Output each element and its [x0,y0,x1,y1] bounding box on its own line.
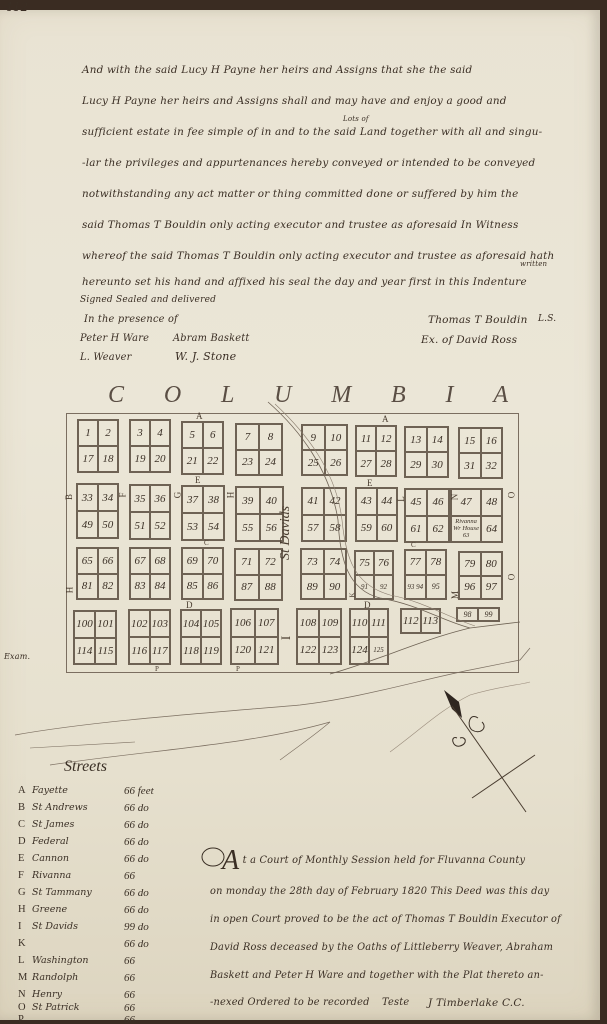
street-key: I [18,921,32,933]
street-name: Rivanna [32,870,124,882]
creek-line [268,402,470,628]
legend-row: K66 do [18,938,149,950]
street-width: 66 do [124,802,149,814]
street-name: Henry [32,989,124,1001]
street-name [32,938,124,950]
court-line: in open Court proved to be the act of Th… [210,914,561,925]
street-width: 66 [124,1014,135,1024]
street-width: 66 [124,1002,135,1014]
street-key: D [18,836,32,848]
court-line: on monday the 28th day of February 1820 … [210,886,549,897]
creek-line [275,404,475,626]
street-width: 66 do [124,853,149,865]
street-key: P [18,1014,32,1024]
street-width: 66 [124,955,135,967]
street-key: F [18,870,32,882]
legend-row: MRandolph66 [18,972,135,984]
clerk-signature: J Timberlake C.C. [428,997,525,1009]
legend-row: HGreene66 do [18,904,149,916]
teste-label: Teste [382,997,409,1008]
ornate-initial: A [222,845,239,876]
court-line: David Ross deceased by the Oaths of Litt… [210,942,553,953]
legend-row: NHenry66 [18,989,135,1001]
street-name: St James [32,819,124,831]
street-width: 66 do [124,904,149,916]
street-name: Fayette [32,785,124,797]
legend-row: CSt James66 do [18,819,149,831]
street-key: G [18,887,32,899]
street-key: C [18,819,32,831]
legend-row: GSt Tammany66 do [18,887,149,899]
court-line-text: t a Court of Monthly Session held for Fl… [243,855,526,866]
legend-row: BSt Andrews66 do [18,802,149,814]
street-name [32,1014,124,1024]
street-name: St Patrick [32,1002,124,1014]
street-width: 66 [124,870,135,882]
street-width: 66 [124,972,135,984]
court-line: Baskett and Peter H Ware and together wi… [210,970,544,981]
street-key: L [18,955,32,967]
street-name: St Andrews [32,802,124,814]
street-width: 66 do [124,887,149,899]
street-key: O [18,1002,32,1014]
river-bank [330,622,520,674]
compass-rose-icon [444,690,535,812]
court-line: A t a Court of Monthly Session held for … [222,845,525,877]
street-width: 66 feet [124,785,154,797]
street-width: 66 do [124,819,149,831]
ornamental-flourish [202,848,224,866]
street-name: St Davids [32,921,124,933]
legend-row: LWashington66 [18,955,135,967]
street-width: 66 do [124,836,149,848]
street-key: A [18,785,32,797]
legend-row: ECannon66 do [18,853,149,865]
street-width: 66 [124,989,135,1001]
court-line: -nexed Ordered to be recorded [210,997,370,1008]
legend-row: P66 [18,1014,135,1024]
street-name: Greene [32,904,124,916]
street-key: N [18,989,32,1001]
legend-row: FRivanna66 [18,870,135,882]
street-name: Washington [32,955,124,967]
street-key: E [18,853,32,865]
street-name: Randolph [32,972,124,984]
street-key: B [18,802,32,814]
legend-title: Streets [64,758,107,776]
legend-row: OSt Patrick66 [18,1002,135,1014]
street-key: M [18,972,32,984]
river-bank [15,648,530,735]
street-name: St Tammany [32,887,124,899]
street-width: 99 do [124,921,149,933]
legend-row: AFayette66 feet [18,785,154,797]
street-name: Federal [32,836,124,848]
river-bank [280,722,330,760]
street-name: Cannon [32,853,124,865]
street-width: 66 do [124,938,149,950]
legend-row: ISt Davids99 do [18,921,149,933]
street-key: K [18,938,32,950]
street-key: H [18,904,32,916]
legend-row: DFederal66 do [18,836,149,848]
